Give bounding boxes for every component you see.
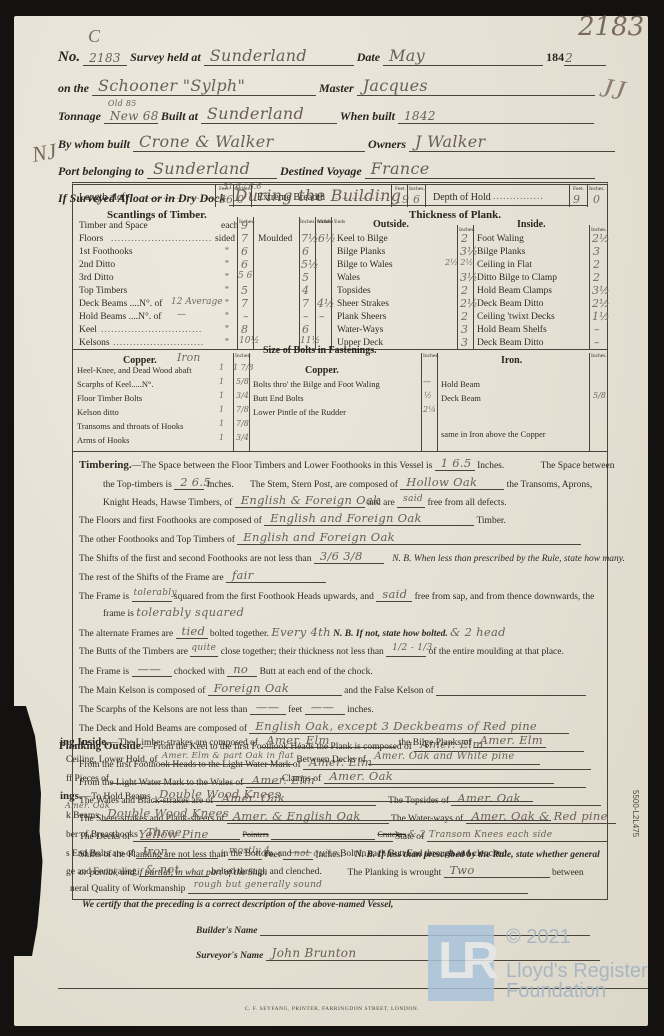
sided-value: 7 xyxy=(241,297,248,310)
margin-mark: NJ xyxy=(30,138,59,168)
plank-label: Ceiling 'twixt Decks xyxy=(477,312,555,322)
row-suffix: " xyxy=(225,286,229,296)
pointers-label: Pointers xyxy=(243,830,269,839)
footwaling-value: & not xyxy=(139,862,209,877)
text: The Butts of the Timbers are xyxy=(79,647,188,657)
text: Inches. xyxy=(207,480,234,490)
row-suffix: " xyxy=(225,312,229,322)
beams-value: English Oak, except 3 Deckbeams of Red p… xyxy=(249,719,569,734)
bolt-value: ½ xyxy=(424,391,432,400)
plank-label: Deck Beam Ditto xyxy=(477,338,543,348)
text: in the Bottom, and xyxy=(221,849,292,859)
text: free from sap, and from thence downwards… xyxy=(415,592,595,602)
archive-code: 5500-L2L475 xyxy=(631,790,640,837)
breasthooks-value: Three xyxy=(140,825,240,840)
moulded-value: 5 xyxy=(302,271,309,284)
plank-value: – xyxy=(594,323,600,336)
text: Bolt in each Butt End through and clench… xyxy=(340,849,509,859)
bolt-label: Arms of Hooks xyxy=(77,435,129,445)
timbering-line-7: The rest of the Shifts of the Frame are … xyxy=(79,568,326,583)
timbering-line-15: The Deck and Hold Beams are composed of … xyxy=(79,719,569,734)
text: chocked with xyxy=(174,667,225,677)
text: The other Foothooks and Top Timbers of xyxy=(79,535,235,545)
outside-title: Outside. xyxy=(373,219,409,230)
top-timbers-value: 2 6.5 xyxy=(174,475,204,490)
pieces-value xyxy=(111,770,279,784)
timbering-heading: Timbering. xyxy=(79,459,132,471)
fastenings-heading: ings. xyxy=(60,790,82,802)
text: Knight Heads, Hawse Timbers, of xyxy=(103,498,232,508)
plank-label: Keel to Bilge xyxy=(337,234,388,244)
row-suffix: " xyxy=(225,338,229,348)
bolt-count: 1 xyxy=(219,433,224,442)
bolt-count: 1 xyxy=(219,363,224,372)
text: Clamps of xyxy=(282,774,321,784)
timbering-line-6: The Shifts of the first and second Footh… xyxy=(79,549,625,564)
sided-value: 5 xyxy=(241,284,248,297)
plank-label: Bilge Planks xyxy=(477,247,525,257)
butts-value: quite xyxy=(190,643,218,657)
how-bolted-value: & 2 head xyxy=(450,625,506,639)
text: The Stem, Stern Post, are composed of xyxy=(250,480,398,490)
moulded-value: – xyxy=(303,310,309,323)
bolt-label: Deck Beam xyxy=(441,393,481,403)
floor-space-value: 1 6.5 xyxy=(435,456,475,471)
when-built-value: 1842 xyxy=(398,109,594,124)
crutches-value: & 2 Transom Knees each side xyxy=(408,830,552,840)
vessel-value: Schooner "Sylph" xyxy=(92,76,316,96)
text: inches. xyxy=(347,705,374,715)
planking-inside-line-1: ing Inside.—The Limber-strakes are compo… xyxy=(60,733,546,748)
text: ber of Breasthooks xyxy=(66,830,138,840)
sided-value: – xyxy=(243,310,249,323)
length-feet: 56 xyxy=(219,193,233,206)
timbering-line-12: The Frame is —— chocked with no Butt at … xyxy=(79,662,373,677)
header-row-5: Port belonging to Sunderland Destined Vo… xyxy=(58,159,595,179)
plank-label: Ditto Bilge to Clamp xyxy=(477,273,557,283)
ends-value: – xyxy=(319,310,325,323)
header-row-2: on the Schooner "Sylph" Master Jacques xyxy=(58,76,595,96)
text: Butt at each end of the chock. xyxy=(260,667,373,677)
plank-label: Wales xyxy=(337,273,360,283)
master-value: Jacques xyxy=(357,76,595,96)
planking-inside-line-2: Ceiling, Lower Hold, of Amer. Elm & part… xyxy=(66,751,540,765)
planking-inside-heading: ing Inside. xyxy=(60,736,109,748)
voyage-label: Destined Voyage xyxy=(280,164,362,178)
text: close together; their thickness not less… xyxy=(221,647,384,657)
bolt-value: — xyxy=(423,377,431,386)
bolt-count: 1 xyxy=(219,419,224,428)
bolt-label: Bolts thro' the Bilge and Foot Waling xyxy=(253,379,380,389)
moulded-value: 7 xyxy=(302,297,309,310)
lloyds-register-watermark: LR © 2021 Lloyd's Register Foundation xyxy=(428,925,660,1001)
bolt-label: Lower Pintle of the Rudder xyxy=(253,407,346,417)
depth-label: Depth of Hold xyxy=(433,192,491,203)
moulded-value: 6 xyxy=(302,323,309,336)
plank-value: 2½ 2½ xyxy=(445,258,473,267)
bolt-value: 7/8 xyxy=(236,419,249,428)
text: the Top-timbers is xyxy=(103,480,172,490)
text: bolted through and clenched. xyxy=(211,867,321,877)
bolt-label: Floor Timber Bolts xyxy=(77,393,142,403)
text: ff Pieces of xyxy=(66,774,109,784)
frame-squared-value: tolerably xyxy=(132,588,172,602)
owners-label: Owners xyxy=(368,137,406,151)
fastenings-line-4: s End Bolts are of Iron in the Bottom, a… xyxy=(66,844,509,859)
deck-beams-count: 12 Average xyxy=(171,297,223,307)
plank-value: 2 xyxy=(593,258,600,271)
planking-wrought-value: Two xyxy=(444,863,550,878)
defects-value: said xyxy=(397,494,425,508)
ends-value: 4½ xyxy=(317,297,335,310)
timbering-line-14: The Scarphs of the Kelsons are not less … xyxy=(79,700,374,715)
plank-value: 2 xyxy=(461,232,468,245)
date-label: Date xyxy=(357,50,380,64)
main-kelson-value: Foreign Oak xyxy=(208,681,342,696)
clamps-value: Amer. Oak xyxy=(324,769,554,784)
row-suffix: " xyxy=(225,299,229,309)
text: The Space between xyxy=(541,461,615,471)
copper-note: Iron xyxy=(177,351,200,364)
inches-header: Inches. xyxy=(409,186,425,192)
plank-value: 2½ xyxy=(592,232,610,245)
text: —The Limber-strakes are composed of xyxy=(109,738,258,748)
row-label: Deck Beams ....N°. of xyxy=(79,299,162,309)
plank-label: Water-Ways xyxy=(337,325,383,335)
year-printed: 184 xyxy=(546,50,564,64)
plank-label: Bilge Planks xyxy=(337,247,385,257)
bolt-count: 1 xyxy=(219,405,224,414)
timbering-line-4: The Floors and first Foothooks are compo… xyxy=(79,511,506,526)
hold-beams-knees-value: Double Wood Knees xyxy=(153,787,533,802)
no-value: 2183 xyxy=(83,51,127,66)
text: The rest of the Shifts of the Frame are xyxy=(79,573,224,583)
row-suffix: " xyxy=(225,247,229,257)
plank-value: 2½ xyxy=(460,297,478,310)
plank-value: 3 xyxy=(461,336,468,349)
crutches-label: Crutches xyxy=(378,830,406,839)
sided-value: 9 xyxy=(241,219,248,232)
alternate-frames-value: tied xyxy=(176,624,208,639)
plank-label: Foot Waling xyxy=(477,234,524,244)
plank-value: 2½ xyxy=(592,297,610,310)
inside-title: Inside. xyxy=(517,219,546,230)
text: The Frame is xyxy=(79,592,129,602)
timbering-line-1: Timbering.—The Space between the Floor T… xyxy=(79,456,614,471)
timbering-line-11: The Butts of the Timbers are quite close… xyxy=(79,643,564,657)
between-decks-value: Amer. Oak and White pine xyxy=(368,751,540,765)
voyage-value: France xyxy=(365,159,595,179)
plank-label: Bilge to Wales xyxy=(337,260,393,270)
length-label: Length aloft xyxy=(79,192,128,203)
by-whom-value: Crone & Walker xyxy=(133,132,365,152)
plank-value: 2 xyxy=(461,284,468,297)
bolt-label: Hold Beam xyxy=(441,379,480,389)
text: feet xyxy=(288,705,302,715)
text: The alternate Frames are xyxy=(79,629,173,639)
bolt-value: 3/4 xyxy=(236,433,249,442)
inches-header: Inches. xyxy=(423,353,439,359)
bolt-label: Kelson ditto xyxy=(77,407,119,417)
text: the Bilge Planks of xyxy=(399,738,472,748)
bolt-value: 5/8 xyxy=(236,377,249,386)
tonnage-old: Old 85 xyxy=(108,99,137,108)
timbering-line-13: The Main Kelson is composed of Foreign O… xyxy=(79,681,586,696)
plank-value: 3½ xyxy=(460,271,478,284)
lr-logo-icon: LR xyxy=(428,925,494,1001)
note-text: N. B. If not, state how bolted. xyxy=(333,629,448,639)
breadth-inches: 6 xyxy=(413,193,420,206)
text: Between Decks of xyxy=(296,755,366,765)
text: The Main Kelson is composed of xyxy=(79,686,205,696)
row-label: Top Timbers xyxy=(79,286,127,296)
no-label: No. xyxy=(58,49,80,65)
row-label: Hold Beams ....N°. of xyxy=(79,312,161,322)
plank-label: Hold Beam Clamps xyxy=(477,286,552,296)
moulded-value: 5½ xyxy=(301,258,319,271)
owners-value: J Walker xyxy=(409,132,615,152)
note-text: N. B. When less than prescribed by the R… xyxy=(392,554,625,564)
bolt-value: 3/4 xyxy=(236,391,249,400)
depth-inches: 0 xyxy=(593,193,600,206)
timbering-line-9: frame is tolerably squared xyxy=(103,605,244,619)
builder-label: Builder's Name xyxy=(196,926,258,936)
built-at-label: Built at xyxy=(161,109,198,123)
plank-title: Thickness of Plank. xyxy=(409,209,501,221)
ends-header: Inches. Ends xyxy=(317,219,345,225)
length-inches: 0 xyxy=(237,193,244,206)
year-written: 2 xyxy=(564,51,606,66)
frame-downwards-value: tolerably squared xyxy=(136,605,244,619)
text: k Beams xyxy=(66,811,99,821)
text: between xyxy=(552,868,584,878)
plank-value: 3 xyxy=(461,323,468,336)
middle-copper-title: Copper. xyxy=(305,365,339,376)
text: —To Hold Beams xyxy=(82,792,151,802)
text: of the entire moulding at that place. xyxy=(429,647,564,657)
plank-value: 2 xyxy=(593,271,600,284)
port-label: Port belonging to xyxy=(58,164,144,178)
text: s End Bolts are of xyxy=(66,849,134,859)
text: The Planking is wrought xyxy=(348,868,442,878)
port-value: Sunderland xyxy=(147,159,277,179)
row-label: 2nd Ditto xyxy=(79,260,115,270)
plank-value: 3½ xyxy=(460,245,478,258)
plank-label: Deck Beam Ditto xyxy=(477,299,543,309)
fastenings-line-1: ings.—To Hold Beams Double Wood Knees xyxy=(60,787,533,802)
inches-header: Inches. xyxy=(589,186,605,192)
plank-value: 3 xyxy=(593,245,600,258)
header-row-4: By whom built Crone & Walker Owners J Wa… xyxy=(58,132,615,152)
when-built-label: When built xyxy=(340,109,395,123)
plank-value: 1½ xyxy=(592,310,610,323)
row-label: 1st Foothooks xyxy=(79,247,133,257)
iron-title: Iron. xyxy=(501,355,522,366)
timbering-line-8: The Frame is tolerably squared from the … xyxy=(79,587,594,602)
text: and are xyxy=(367,498,395,508)
inches-header: Inches. xyxy=(235,186,251,192)
plank-label: Plank Sheers xyxy=(337,312,386,322)
row-label: Keel xyxy=(79,325,97,335)
plank-label: Sheer Strakes xyxy=(337,299,389,309)
top-mark: C xyxy=(88,26,100,47)
knight-heads-value: English & Foreign Oak xyxy=(235,493,365,508)
bolts-title: Size of Bolts in Fastenings. xyxy=(263,345,377,356)
text: free from all defects. xyxy=(428,498,507,508)
text: squared from the first Foothook Heads up… xyxy=(174,592,374,602)
bolt-label: Transoms and throats of Hooks xyxy=(77,421,183,431)
sided-value: 5 6 xyxy=(238,271,252,281)
inches-header: Inches. xyxy=(235,353,251,359)
master-label: Master xyxy=(319,81,354,95)
row-suffix: sided xyxy=(215,234,235,244)
scantlings-title: Scantlings of Timber. xyxy=(107,209,207,221)
row-suffix: " xyxy=(225,273,229,283)
end-bolts-note: not quite xyxy=(294,849,338,859)
lr-logo-text: LR xyxy=(438,931,491,991)
bolt-value: 7/8 xyxy=(236,405,249,414)
text: and the False Kelson of xyxy=(344,686,434,696)
end-bolts-value: Iron xyxy=(136,844,218,859)
fastenings-line-3: ber of Breasthooks Three Pointers Crutch… xyxy=(66,825,552,840)
plank-label: Topsides xyxy=(337,286,371,296)
scarph-feet-value: —— xyxy=(250,700,286,715)
bilge-planks-value: Amer. Elm xyxy=(474,733,546,748)
bolt-label: Heel-Knee, and Dead Wood abaft xyxy=(77,365,192,375)
text: Timber. xyxy=(476,516,505,526)
bolt-value: 1 7/8 xyxy=(233,363,254,372)
statement-text: We certify that the preceding is a corre… xyxy=(82,900,393,910)
torn-edge xyxy=(14,706,44,956)
scarph-inches-value: —— xyxy=(305,700,345,715)
right-mark: JJ xyxy=(597,72,627,108)
bolt-label: Butt End Bolts xyxy=(253,393,304,403)
stem-value: Hollow Oak xyxy=(400,475,504,490)
org-name-line-1: Lloyd's Register xyxy=(506,961,648,981)
workmanship-line: neral Quality of Workmanship rough but g… xyxy=(70,880,528,894)
header-row-1: No. 2183 Survey held at Sunderland Date … xyxy=(58,46,606,66)
deck-beams-knees-value: Double Wood Knees xyxy=(101,806,551,821)
moulded-value: 4 xyxy=(302,284,309,297)
pointers-value xyxy=(271,826,375,840)
row-label: 3rd Ditto xyxy=(79,273,114,283)
plank-value: – xyxy=(594,336,600,349)
plank-value: 3½ xyxy=(592,284,610,297)
row-suffix: " xyxy=(225,260,229,270)
row-suffix: each xyxy=(221,221,238,231)
sided-value: 10½ xyxy=(239,336,259,346)
plank-value: 2 xyxy=(461,310,468,323)
same-iron-note: same in Iron above the Copper xyxy=(441,429,546,439)
thickness-value: 1/2 - 1/3 xyxy=(386,643,426,657)
text: Ceiling, Lower Hold, of xyxy=(66,755,158,765)
text: bolted together. xyxy=(210,629,269,639)
text: The Frame is xyxy=(79,667,129,677)
row-label: Floors xyxy=(79,234,103,244)
text: the Transoms, Aprons, xyxy=(507,480,593,490)
sided-value: 8 xyxy=(241,323,248,336)
plank-label: Ceiling in Flat xyxy=(477,260,532,270)
text: neral Quality of Workmanship xyxy=(70,884,185,894)
text: Inches. xyxy=(477,461,504,471)
printer-credit: C. F. SEYFANG, PRINTER, FARRINGDON STREE… xyxy=(0,1006,664,1012)
row-label: Timber and Space xyxy=(79,221,148,231)
sided-value: 7 xyxy=(241,232,248,245)
workmanship-value: rough but generally sound xyxy=(188,880,528,894)
rest-shifts-value: fair xyxy=(226,568,326,583)
text: The Scarphs of the Kelsons are not less … xyxy=(79,705,247,715)
timbering-line-5: The other Foothooks and Top Timbers of E… xyxy=(79,530,581,545)
survey-held-value: Sunderland xyxy=(204,46,354,66)
limber-strakes-value: Amer. Elm xyxy=(260,733,396,748)
timbering-line-10: The alternate Frames are tied bolted tog… xyxy=(79,624,506,639)
hold-beams-count: — xyxy=(177,310,186,320)
frame-chocked-value: —— xyxy=(132,662,172,677)
bolt-count: 1 xyxy=(219,391,224,400)
text: —The Space between the Floor Timbers and… xyxy=(132,461,433,471)
row-label: Kelsons xyxy=(79,338,110,348)
surveyor-label: Surveyor's Name xyxy=(196,951,263,961)
ceiling-lower-value: Amer. Elm & part Oak in flat xyxy=(160,751,294,765)
moulded-value: 7½ xyxy=(301,232,319,245)
bolted-value: Every 4th xyxy=(271,625,330,639)
header-row-3: Tonnage Old 85 New 68 Built at Sunderlan… xyxy=(58,104,594,124)
bolt-label: Scarphs of Keel.....N°. xyxy=(77,379,154,389)
sided-value: 6 xyxy=(241,258,248,271)
corner-number: 2183 xyxy=(578,12,644,42)
text: ge and Footwaling xyxy=(66,867,137,877)
floors-value: English and Foreign Oak xyxy=(264,511,474,526)
timbering-line-2: the Top-timbers is 2 6.5 Inches. The Ste… xyxy=(103,475,592,490)
built-at-value: Sunderland xyxy=(201,104,337,124)
text: The Shifts of the first and second Footh… xyxy=(79,554,311,564)
on-the-label: on the xyxy=(58,81,89,95)
text: The Floors and first Foothooks are compo… xyxy=(79,516,262,526)
other-foothooks-value: English and Foreign Oak xyxy=(237,530,581,545)
feet-header: Feet. xyxy=(573,186,584,192)
chock-value: no xyxy=(227,662,257,677)
inches-header: Inches. xyxy=(591,353,607,359)
by-whom-label: By whom built xyxy=(58,137,130,151)
plank-label: Hold Beam Shelfs xyxy=(477,325,547,335)
survey-held-label: Survey held at xyxy=(130,50,201,64)
fastenings-line-5: ge and Footwaling & not bolted through a… xyxy=(66,862,322,877)
bolt-count: 1 xyxy=(219,377,224,386)
depth-feet: 9 xyxy=(573,193,580,206)
copyright-text: © 2021 xyxy=(506,927,571,947)
planking-inside-line-3: ff Pieces of Clamps of Amer. Oak xyxy=(66,769,554,784)
tonnage-label: Tonnage xyxy=(58,109,101,123)
sap-value: said xyxy=(376,587,412,602)
shifts-value: 3/6 3/8 xyxy=(314,549,384,564)
moulded-value: 6 xyxy=(302,245,309,258)
false-kelson-value xyxy=(436,682,586,696)
sided-value: 6 xyxy=(241,245,248,258)
certification-statement: We certify that the preceding is a corre… xyxy=(82,900,393,910)
tonnage-new: New 68 xyxy=(104,109,158,124)
bolt-value: 2¼ xyxy=(423,405,436,414)
bolt-value: 5/8 xyxy=(593,391,606,400)
text: frame is xyxy=(103,609,134,619)
org-name-line-2: Foundation xyxy=(506,981,606,1001)
feet-header: Feet. xyxy=(219,186,230,192)
breadth-label: Extreme Breadth xyxy=(257,192,325,203)
ends-value: 6½ xyxy=(318,232,336,245)
timbering-line-3: Knight Heads, Hawse Timbers, of English … xyxy=(103,493,507,508)
moulded-label: Moulded xyxy=(258,234,292,244)
fastenings-line-2: k Beams Double Wood Knees xyxy=(66,806,551,821)
feet-header: Feet. xyxy=(395,186,406,192)
